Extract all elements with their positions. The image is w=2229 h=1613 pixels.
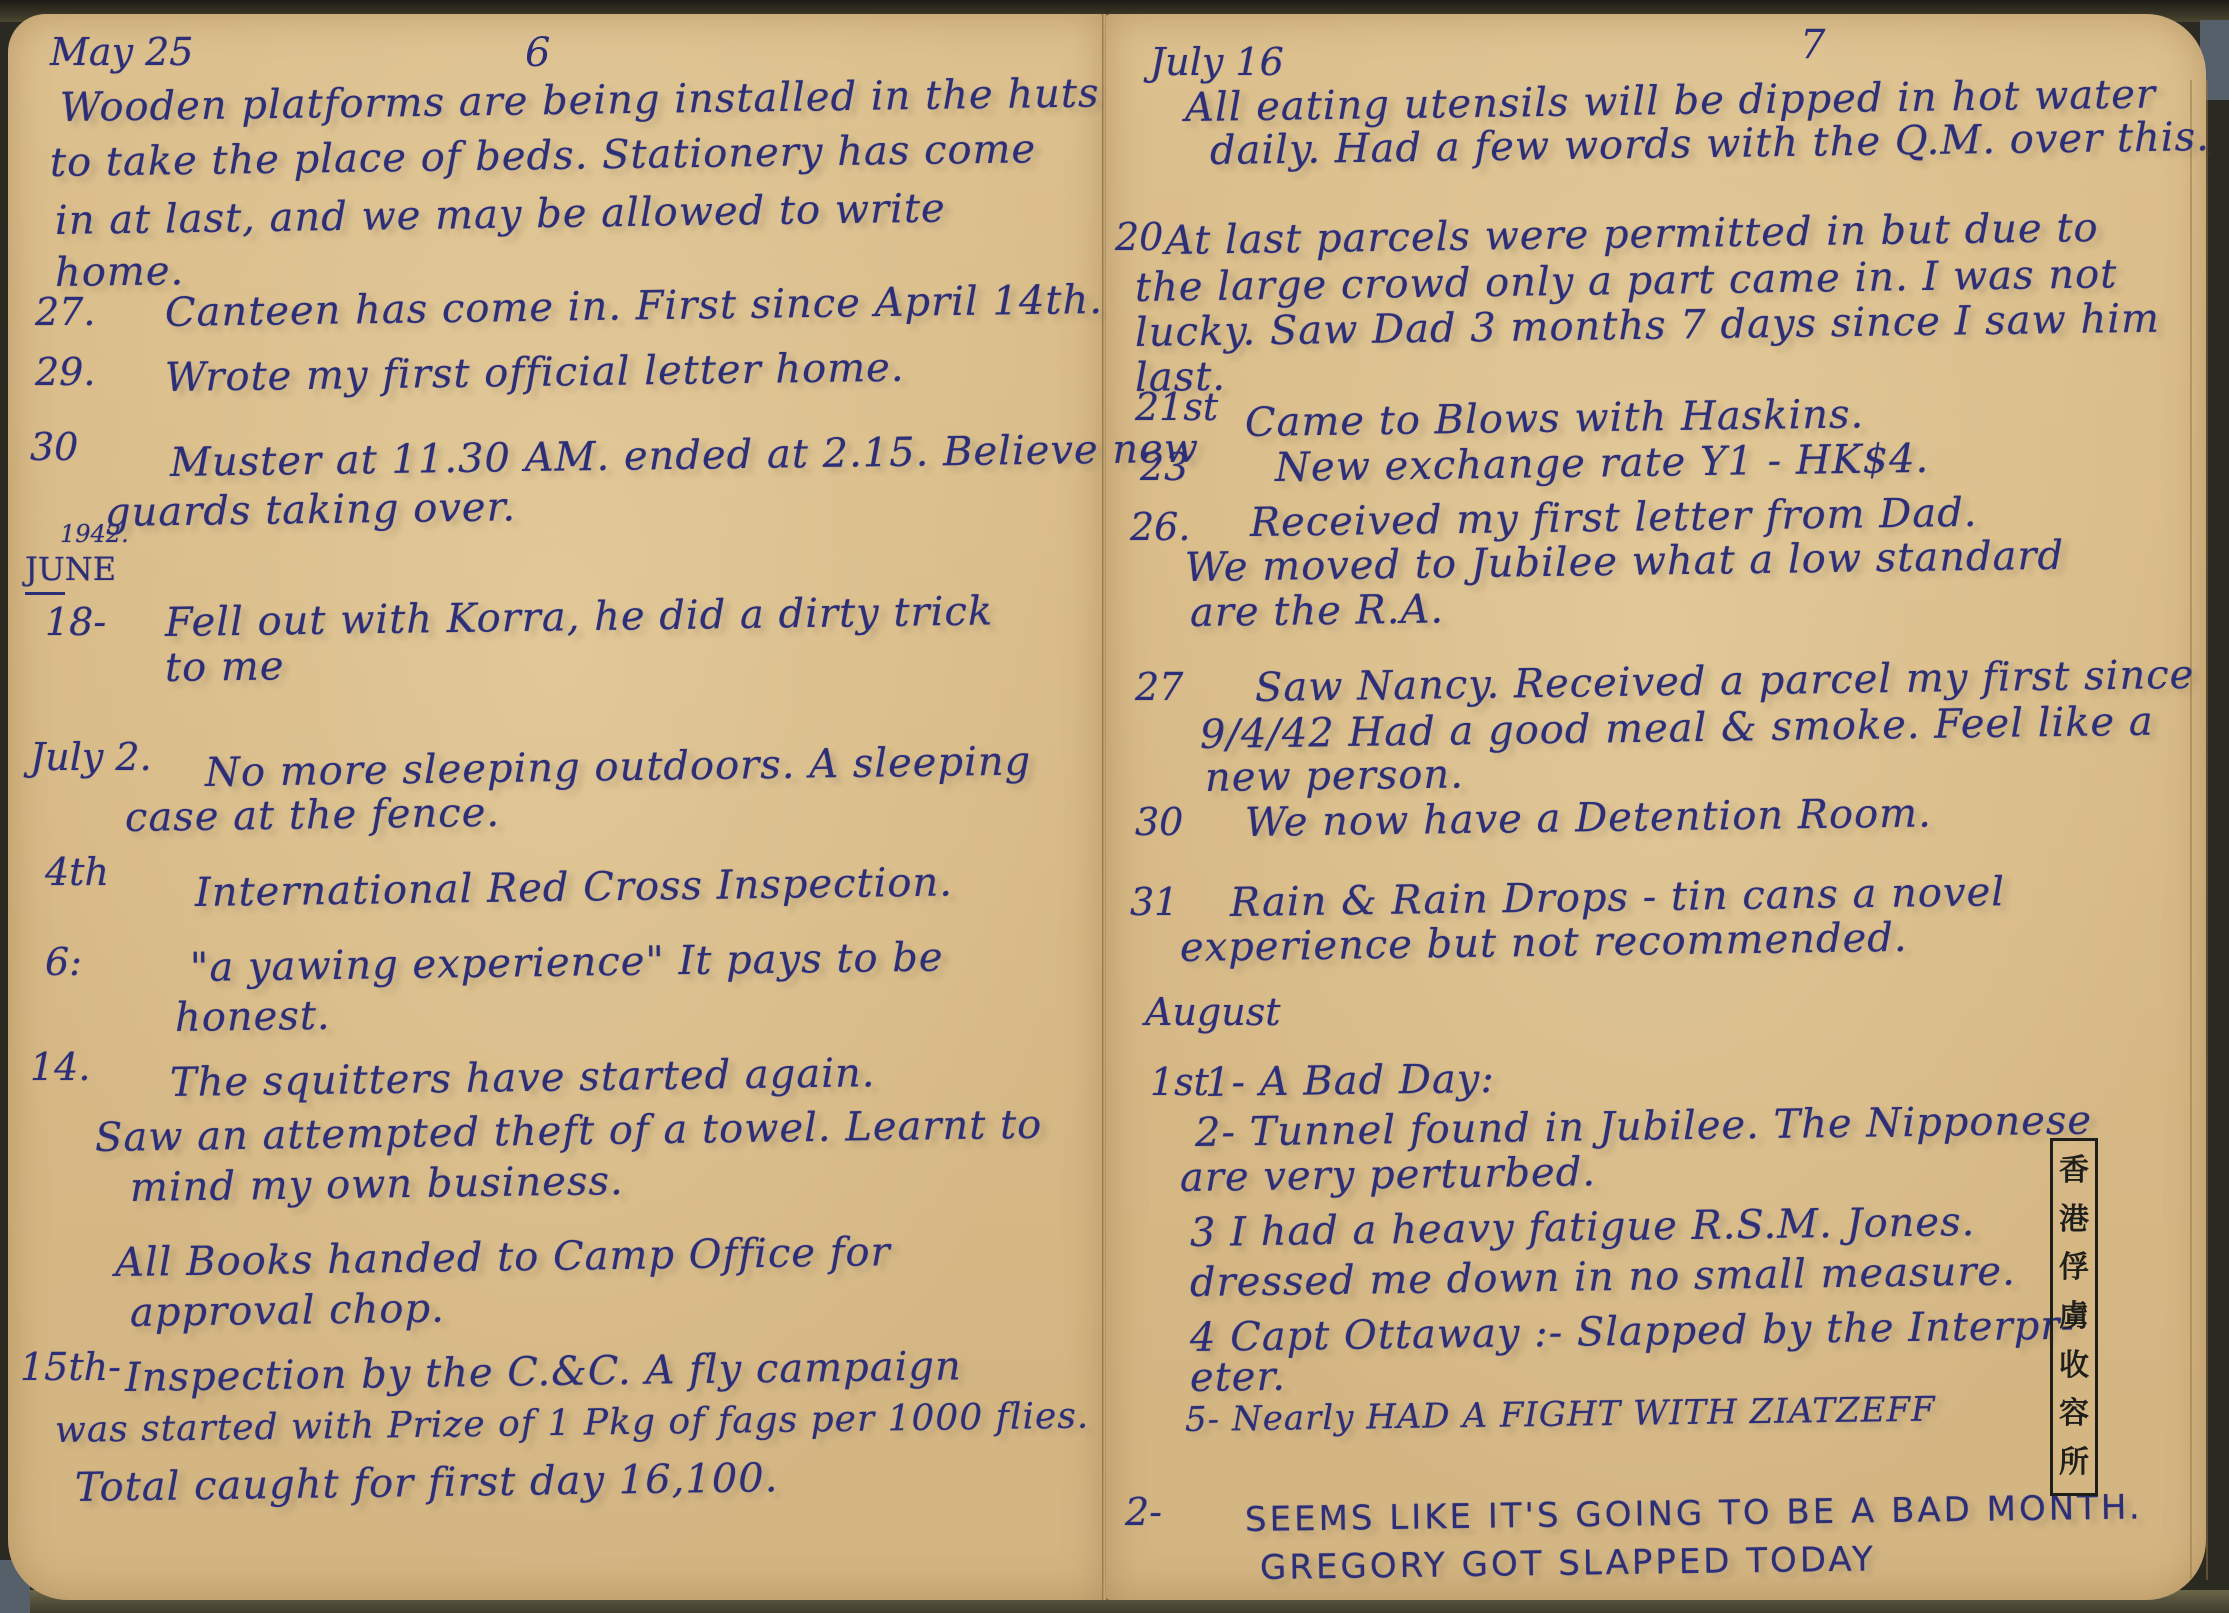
stamp-char: 俘: [2059, 1253, 2089, 1283]
entry-line: 1- A Bad Day:: [1205, 1056, 1495, 1106]
stamp-char: 收: [2059, 1351, 2089, 1381]
entry-date: May 25: [50, 30, 193, 74]
entry-line: to me: [165, 643, 285, 691]
entry-date: July 2.: [30, 735, 152, 779]
entry-line: mind my own business.: [130, 1158, 624, 1211]
entry-date: 27.: [35, 290, 95, 334]
entry-date: 6:: [45, 940, 82, 984]
stamp-char: 香: [2059, 1156, 2089, 1186]
entry-line: New exchange rate Y1 - HK$4.: [1275, 436, 1930, 491]
entry-date: 27: [1135, 665, 1183, 709]
entry-line: eter.: [1190, 1354, 1286, 1401]
entry-line: We now have a Detention Room.: [1245, 790, 1932, 846]
page-number-right: 7: [1800, 22, 1825, 68]
entry-line: new person.: [1205, 751, 1464, 801]
entry-date: 15th-: [20, 1345, 121, 1389]
entry-line: are the R.A.: [1190, 586, 1445, 636]
stamp-char: 容: [2059, 1399, 2089, 1429]
year-note: 1942.: [60, 520, 129, 548]
month-underline: [25, 592, 65, 595]
stamp-char: 所: [2059, 1448, 2089, 1478]
entry-date: July 16: [1150, 40, 1284, 84]
month-heading: JUNE: [25, 550, 116, 588]
entry-date: 20: [1115, 215, 1163, 259]
entry-date: 23: [1140, 445, 1188, 489]
entry-date: 21st: [1135, 385, 1218, 429]
entry-date: 18-: [45, 600, 106, 644]
entry-date: 2-: [1125, 1490, 1162, 1534]
entry-date: 31: [1130, 880, 1178, 924]
page-number-left: 6: [525, 30, 550, 76]
entry-date: 26.: [1130, 505, 1190, 549]
page-edges: [2190, 80, 2208, 1580]
entry-date: 14.: [30, 1045, 90, 1089]
entry-date: 4th: [45, 850, 109, 894]
entry-line: honest.: [175, 993, 331, 1041]
entry-line: are very perturbed.: [1180, 1149, 1597, 1201]
stamp-char: 港: [2059, 1205, 2089, 1235]
entry-date: 30: [30, 425, 78, 469]
entry-line: case at the fence.: [125, 790, 501, 841]
entry-line: The squitters have started again.: [170, 1050, 876, 1106]
entry-line: Total caught for first day 16,100.: [75, 1455, 779, 1511]
entry-line: home.: [55, 248, 185, 296]
month-heading: August: [1145, 990, 1281, 1034]
entry-line: approval chop.: [130, 1286, 445, 1336]
entry-date: 1st: [1150, 1060, 1209, 1104]
entry-date: 30: [1135, 800, 1183, 844]
camp-stamp: 香 港 俘 虜 收 容 所: [2050, 1138, 2098, 1496]
stamp-char: 虜: [2059, 1302, 2089, 1332]
entry-date: 29.: [35, 350, 95, 394]
entry-line: guards taking over.: [105, 484, 517, 536]
